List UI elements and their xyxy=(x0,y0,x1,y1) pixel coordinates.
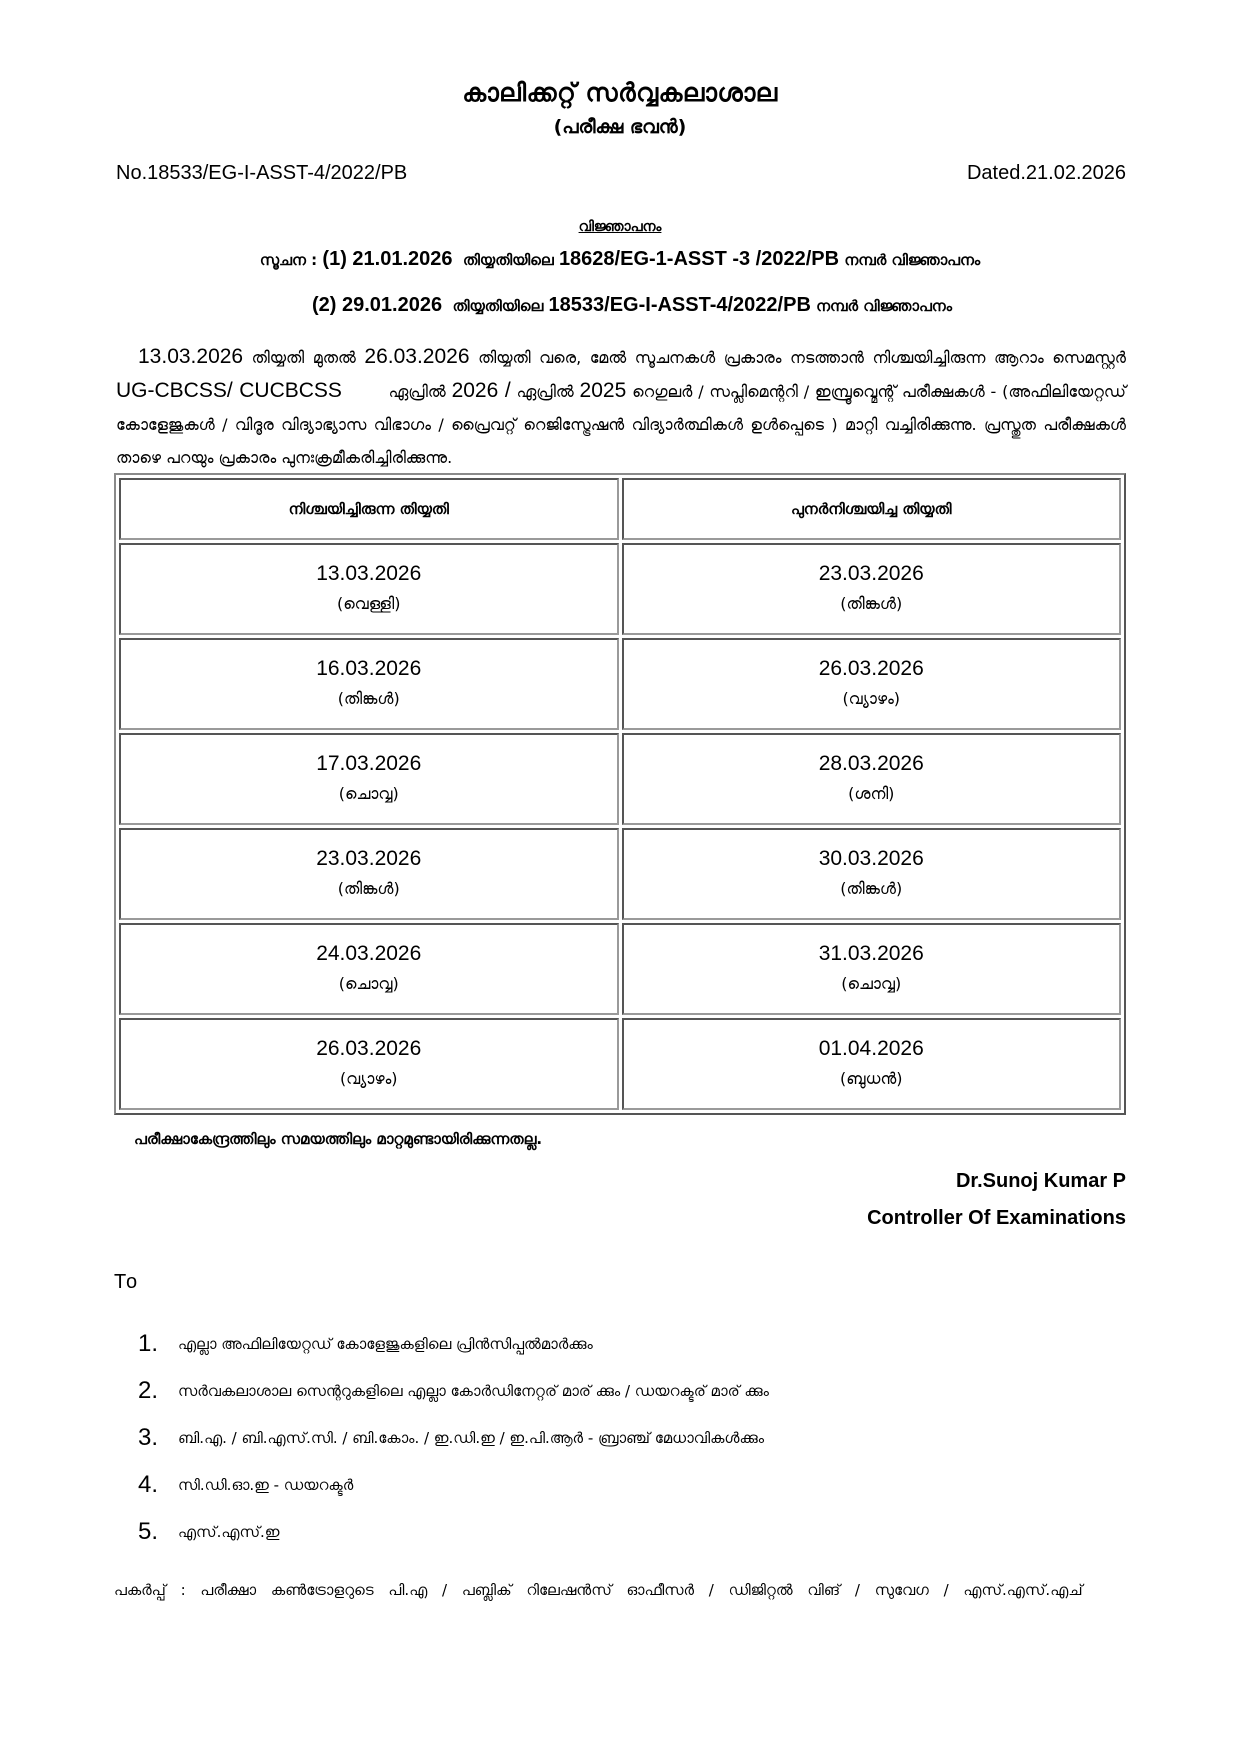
recipient-number: 5. xyxy=(138,1518,178,1546)
rescheduled-date: 01.04.2026 xyxy=(624,1034,1120,1064)
table-row: 17.03.2026(ചൊവ്വ)28.03.2026(ശനി) xyxy=(119,733,1121,825)
reference-1-number: (1) 21.01.2026 xyxy=(322,248,452,270)
reference-1-suffix: നമ്പർ വിജ്ഞാപനം xyxy=(844,251,980,269)
body-text-2: തിയ്യതി വരെ, മേൽ സൂചനകൾ പ്രകാരം നടത്താൻ … xyxy=(478,348,1126,367)
original-date: 24.03.2026 xyxy=(121,939,617,969)
rescheduled-date-cell: 01.04.2026(ബുധൻ) xyxy=(622,1018,1122,1110)
body-text-1: തിയ്യതി മുതൽ xyxy=(252,348,356,367)
notice-heading: വിജ്ഞാപനം xyxy=(0,219,1240,235)
list-item: 4.സി.ഡി.ഓ.ഇ - ഡയറക്ടർ xyxy=(138,1461,769,1508)
reference-line-1: സൂചന : (1) 21.01.2026 തിയ്യതിയിലെ 18628/… xyxy=(0,248,1240,271)
recipient-text: എസ്.എസ്.ഇ xyxy=(178,1523,280,1541)
body-text-3: ഏപ്രിൽ xyxy=(389,382,446,401)
header-original-date: നിശ്ചയിച്ചിരുന്ന തിയ്യതി xyxy=(119,478,619,540)
original-weekday: (വെള്ളി) xyxy=(121,589,617,619)
list-item: 2.സർവകലാശാല സെന്ററുകളിലെ എല്ലാ കോർഡിനേറ്… xyxy=(138,1367,769,1414)
recipient-text: എല്ലാ അഫിലിയേറ്റഡ് കോളേജുകളിലെ പ്രിൻസിപ്… xyxy=(178,1335,593,1353)
body-year-2: 2025 xyxy=(580,379,627,402)
notice-body: 13.03.2026 തിയ്യതി മുതൽ 26.03.2026 തിയ്യ… xyxy=(116,340,1126,474)
rescheduled-weekday: (തിങ്കൾ) xyxy=(624,589,1120,619)
reference-number: No.18533/EG-I-ASST-4/2022/PB xyxy=(116,162,407,185)
original-date-cell: 23.03.2026(തിങ്കൾ) xyxy=(119,828,619,920)
rescheduled-date: 23.03.2026 xyxy=(624,559,1120,589)
recipient-text: സർവകലാശാല സെന്ററുകളിലെ എല്ലാ കോർഡിനേറ്റര… xyxy=(178,1382,769,1400)
original-date-cell: 17.03.2026(ചൊവ്വ) xyxy=(119,733,619,825)
list-item: 3.ബി.എ. / ബി.എസ്.സി. / ബി.കോം. / ഇ.ഡി.ഇ … xyxy=(138,1414,769,1461)
body-date-from: 13.03.2026 xyxy=(138,345,243,368)
signatory-designation: Controller Of Examinations xyxy=(867,1207,1126,1230)
original-date: 17.03.2026 xyxy=(121,749,617,779)
original-weekday: (വ്യാഴം) xyxy=(121,1064,617,1094)
original-date-cell: 16.03.2026(തിങ്കൾ) xyxy=(119,638,619,730)
table-row: 16.03.2026(തിങ്കൾ)26.03.2026(വ്യാഴം) xyxy=(119,638,1121,730)
list-item: 1.എല്ലാ അഫിലിയേറ്റഡ് കോളേജുകളിലെ പ്രിൻസി… xyxy=(138,1320,769,1367)
body-date-to: 26.03.2026 xyxy=(364,345,469,368)
rescheduled-date-cell: 31.03.2026(ചൊവ്വ) xyxy=(622,923,1122,1015)
recipient-number: 2. xyxy=(138,1377,178,1405)
rescheduled-date-cell: 23.03.2026(തിങ്കൾ) xyxy=(622,543,1122,635)
rescheduled-date-cell: 30.03.2026(തിങ്കൾ) xyxy=(622,828,1122,920)
original-date-cell: 24.03.2026(ചൊവ്വ) xyxy=(119,923,619,1015)
rescheduled-date: 26.03.2026 xyxy=(624,654,1120,684)
recipient-list: 1.എല്ലാ അഫിലിയേറ്റഡ് കോളേജുകളിലെ പ്രിൻസി… xyxy=(138,1320,769,1555)
copy-to: പകർപ്പ് : പരീക്ഷാ കൺട്രോളറുടെ പി.എ / പബ്… xyxy=(114,1573,1126,1607)
signatory-name: Dr.Sunoj Kumar P xyxy=(956,1170,1126,1193)
body-text-4: ഏപ്രിൽ xyxy=(517,382,574,401)
original-date-cell: 26.03.2026(വ്യാഴം) xyxy=(119,1018,619,1110)
body-year-1: 2026 / xyxy=(452,379,511,402)
reference-2-suffix: നമ്പർ വിജ്ഞാപനം xyxy=(816,297,952,315)
note-text: പരീക്ഷാകേന്ദ്രത്തിലും സമയത്തിലും മാറ്റമു… xyxy=(134,1130,542,1148)
rescheduled-weekday: (ശനി) xyxy=(624,779,1120,809)
rescheduled-weekday: (ചൊവ്വ) xyxy=(624,969,1120,999)
rescheduled-date: 28.03.2026 xyxy=(624,749,1120,779)
table-row: 26.03.2026(വ്യാഴം)01.04.2026(ബുധൻ) xyxy=(119,1018,1121,1110)
original-weekday: (ചൊവ്വ) xyxy=(121,779,617,809)
table-row: 13.03.2026(വെള്ളി)23.03.2026(തിങ്കൾ) xyxy=(119,543,1121,635)
original-date: 26.03.2026 xyxy=(121,1034,617,1064)
rescheduled-date-cell: 26.03.2026(വ്യാഴം) xyxy=(622,638,1122,730)
table-header-row: നിശ്ചയിച്ചിരുന്ന തിയ്യതി പുനർനിശ്ചയിച്ച … xyxy=(119,478,1121,540)
rescheduled-date-cell: 28.03.2026(ശനി) xyxy=(622,733,1122,825)
original-date: 16.03.2026 xyxy=(121,654,617,684)
university-title: കാലിക്കറ്റ് സർവ്വകലാശാല xyxy=(0,78,1240,108)
rescheduled-weekday: (ബുധൻ) xyxy=(624,1064,1120,1094)
rescheduled-weekday: (വ്യാഴം) xyxy=(624,684,1120,714)
office-subtitle: (പരീക്ഷ ഭവൻ) xyxy=(0,116,1240,138)
original-date: 13.03.2026 xyxy=(121,559,617,589)
rescheduled-date: 31.03.2026 xyxy=(624,939,1120,969)
reference-2-mid: തിയ്യതിയിലെ xyxy=(453,297,544,315)
original-date: 23.03.2026 xyxy=(121,844,617,874)
reference-1-code: 18628/EG-1-ASST -3 /2022/PB xyxy=(559,248,839,270)
reference-2-code: 18533/EG-I-ASST-4/2022/PB xyxy=(549,294,811,316)
recipient-number: 1. xyxy=(138,1330,178,1358)
original-weekday: (തിങ്കൾ) xyxy=(121,684,617,714)
issue-date: Dated.21.02.2026 xyxy=(967,162,1126,185)
table-row: 24.03.2026(ചൊവ്വ)31.03.2026(ചൊവ്വ) xyxy=(119,923,1121,1015)
recipient-number: 4. xyxy=(138,1471,178,1499)
body-course: UG-CBCSS/ CUCBCSS xyxy=(116,379,342,402)
reference-2-number: (2) 29.01.2026 xyxy=(312,294,442,316)
original-weekday: (തിങ്കൾ) xyxy=(121,874,617,904)
original-weekday: (ചൊവ്വ) xyxy=(121,969,617,999)
recipient-number: 3. xyxy=(138,1424,178,1452)
original-date-cell: 13.03.2026(വെള്ളി) xyxy=(119,543,619,635)
recipient-text: ബി.എ. / ബി.എസ്.സി. / ബി.കോം. / ഇ.ഡി.ഇ / … xyxy=(178,1429,764,1447)
reference-prefix: സൂചന : xyxy=(260,251,317,269)
to-label: To xyxy=(114,1271,139,1294)
recipient-text: സി.ഡി.ഓ.ഇ - ഡയറക്ടർ xyxy=(178,1476,353,1494)
reference-1-mid: തിയ്യതിയിലെ xyxy=(463,251,554,269)
header-rescheduled-date: പുനർനിശ്ചയിച്ച തിയ്യതി xyxy=(622,478,1122,540)
list-item: 5.എസ്.എസ്.ഇ xyxy=(138,1508,769,1555)
table-row: 23.03.2026(തിങ്കൾ)30.03.2026(തിങ്കൾ) xyxy=(119,828,1121,920)
reschedule-table: നിശ്ചയിച്ചിരുന്ന തിയ്യതി പുനർനിശ്ചയിച്ച … xyxy=(114,473,1126,1115)
reference-line-2: (2) 29.01.2026 തിയ്യതിയിലെ 18533/EG-I-AS… xyxy=(0,294,1240,317)
rescheduled-date: 30.03.2026 xyxy=(624,844,1120,874)
rescheduled-weekday: (തിങ്കൾ) xyxy=(624,874,1120,904)
